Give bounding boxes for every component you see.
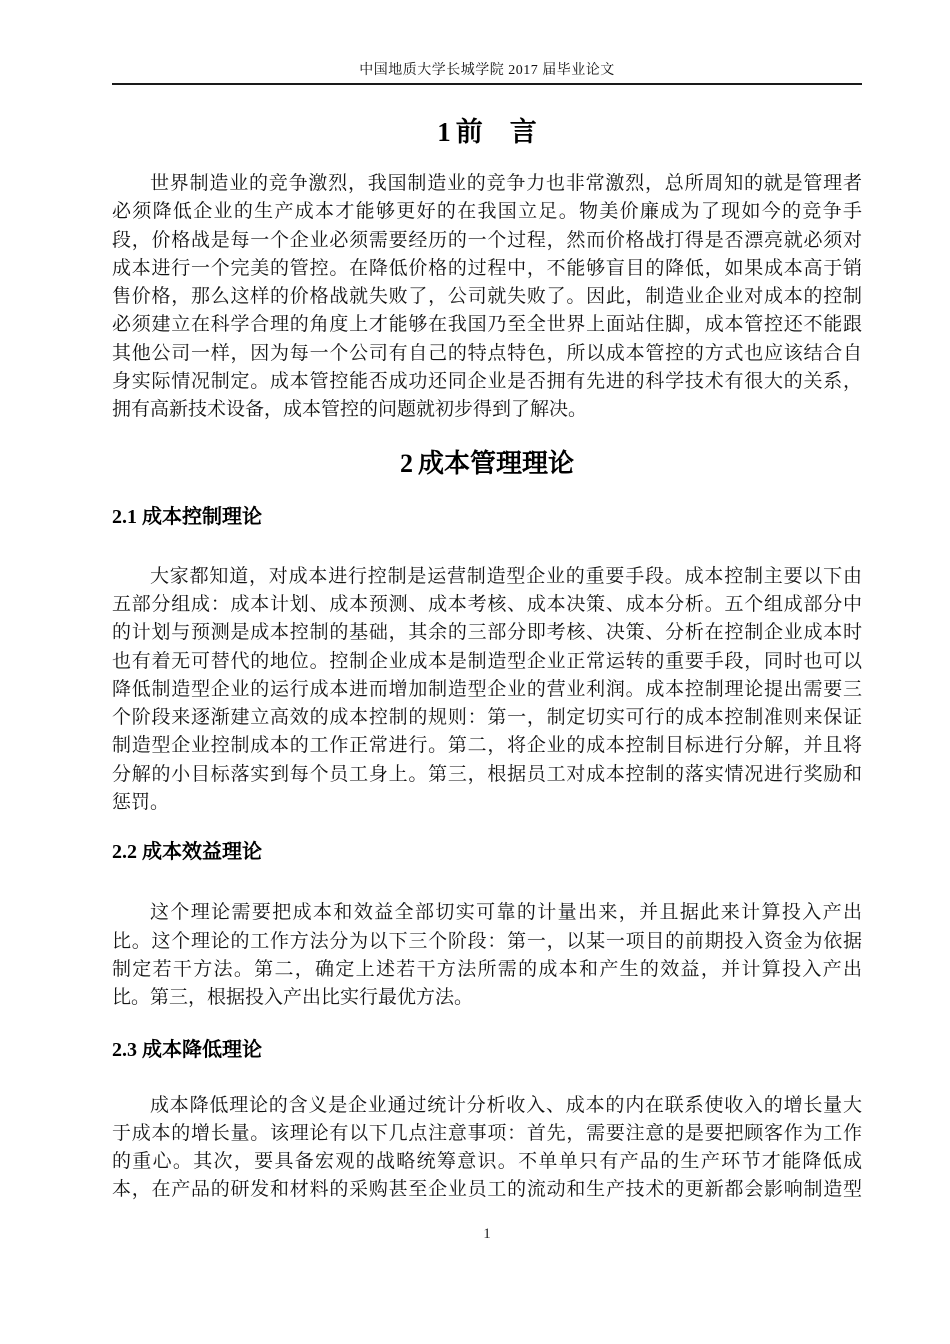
section-2-3-title-text: 成本降低理论 [142,1039,262,1061]
text-line: 比。这个理论的工作方法分为以下三个阶段：第一，以某一项目的前期投入资金为依据 [112,928,862,956]
chapter-1-title-text: 前 言 [456,117,537,147]
page-content: 中国地质大学长城学院 2017 届毕业论文 1前 言 世界制造业的竞争激烈，我国… [112,0,862,1205]
text-line: 这个理论需要把成本和效益全部切实可靠的计量出来，并且据此来计算投入产出 [112,899,862,927]
text-line: 制定若干方法。第二，确定上述若干方法所需的成本和产生的效益，并计算投入产出 [112,956,862,984]
section-2-3-paragraph: 成本降低理论的含义是企业通过统计分析收入、成本的内在联系使收入的增长量大于成本的… [112,1092,862,1205]
text-line: 也有着无可替代的地位。控制企业成本是制造型企业正常运转的重要手段，同时也可以 [112,648,862,676]
chapter-1-number: 1 [437,117,451,147]
section-2-2-number: 2.2 [112,841,137,863]
section-2-2-title-text: 成本效益理论 [142,841,262,863]
page-number: 1 [112,1226,862,1243]
chapter-2-title-text: 成本管理理论 [418,448,574,478]
section-2-1-number: 2.1 [112,506,137,528]
running-header: 中国地质大学长城学院 2017 届毕业论文 [112,0,862,85]
text-line: 必须建立在科学合理的角度上才能够在我国乃至全世界上面站住脚，成本管控还不能跟 [112,311,862,339]
section-2-1-heading: 2.1成本控制理论 [112,504,862,531]
text-line: 制造型企业控制成本的工作正常进行。第二，将企业的成本控制目标进行分解，并且将 [112,732,862,760]
running-header-text: 中国地质大学长城学院 2017 届毕业论文 [359,63,615,78]
text-line: 分解的小目标落实到每个员工身上。第三，根据员工对成本控制的落实情况进行奖励和 [112,761,862,789]
text-line: 成本进行一个完美的管控。在降低价格的过程中，不能够盲目的降低，如果成本高于销 [112,255,862,283]
text-line: 个阶段来逐渐建立高效的成本控制的规则：第一，制定切实可行的成本控制准则来保证 [112,704,862,732]
text-line: 世界制造业的竞争激烈，我国制造业的竞争力也非常激烈，总所周知的就是管理者 [112,170,862,198]
section-2-3-number: 2.3 [112,1039,137,1061]
text-line: 的计划与预测是成本控制的基础，其余的三部分即考核、决策、分析在控制企业成本时 [112,619,862,647]
section-2-1-paragraph: 大家都知道，对成本进行控制是运营制造型企业的重要手段。成本控制主要以下由五部分组… [112,563,862,818]
chapter-2-number: 2 [400,449,413,478]
text-line: 本，在产品的研发和材料的采购甚至企业员工的流动和生产技术的更新都会影响制造型 [112,1176,862,1204]
text-line: 比。第三，根据投入产出比实行最优方法。 [112,984,862,1012]
preface-paragraph: 世界制造业的竞争激烈，我国制造业的竞争力也非常激烈，总所周知的就是管理者必须降低… [112,170,862,425]
text-line: 降低制造型企业的运行成本进而增加制造型企业的营业利润。成本控制理论提出需要三 [112,676,862,704]
thesis-document-page: 中国地质大学长城学院 2017 届毕业论文 1前 言 世界制造业的竞争激烈，我国… [0,0,950,1344]
text-line: 段，价格战是每一个企业必须需要经历的一个过程，然而价格战打得是否漂亮就必须对 [112,227,862,255]
text-line: 五部分组成：成本计划、成本预测、成本考核、成本决策、成本分析。五个组成部分中 [112,591,862,619]
text-line: 惩罚。 [112,789,862,817]
text-line: 其他公司一样，因为每一个公司有自己的特点特色，所以成本管控的方式也应该结合自 [112,340,862,368]
chapter-1-heading: 1前 言 [112,114,862,150]
text-line: 必须降低企业的生产成本才能够更好的在我国立足。物美价廉成为了现如今的竞争手 [112,198,862,226]
text-line: 拥有高新技术设备，成本管控的问题就初步得到了解决。 [112,396,862,424]
text-line: 成本降低理论的含义是企业通过统计分析收入、成本的内在联系使收入的增长量大 [112,1092,862,1120]
section-2-1-title-text: 成本控制理论 [142,506,262,528]
section-2-2-paragraph: 这个理论需要把成本和效益全部切实可靠的计量出来，并且据此来计算投入产出比。这个理… [112,899,862,1012]
text-line: 售价格，那么这样的价格战就失败了，公司就失败了。因此，制造业企业对成本的控制 [112,283,862,311]
text-line: 大家都知道，对成本进行控制是运营制造型企业的重要手段。成本控制主要以下由 [112,563,862,591]
text-line: 于成本的增长量。该理论有以下几点注意事项：首先，需要注意的是要把顾客作为工作 [112,1120,862,1148]
text-line: 的重心。其次，要具备宏观的战略统筹意识。不单单只有产品的生产环节才能降低成 [112,1148,862,1176]
chapter-2-heading: 2成本管理理论 [112,446,862,481]
section-2-3-heading: 2.3成本降低理论 [112,1037,862,1064]
text-line: 身实际情况制定。成本管控能否成功还同企业是否拥有先进的科学技术有很大的关系， [112,368,862,396]
section-2-2-heading: 2.2成本效益理论 [112,839,862,866]
